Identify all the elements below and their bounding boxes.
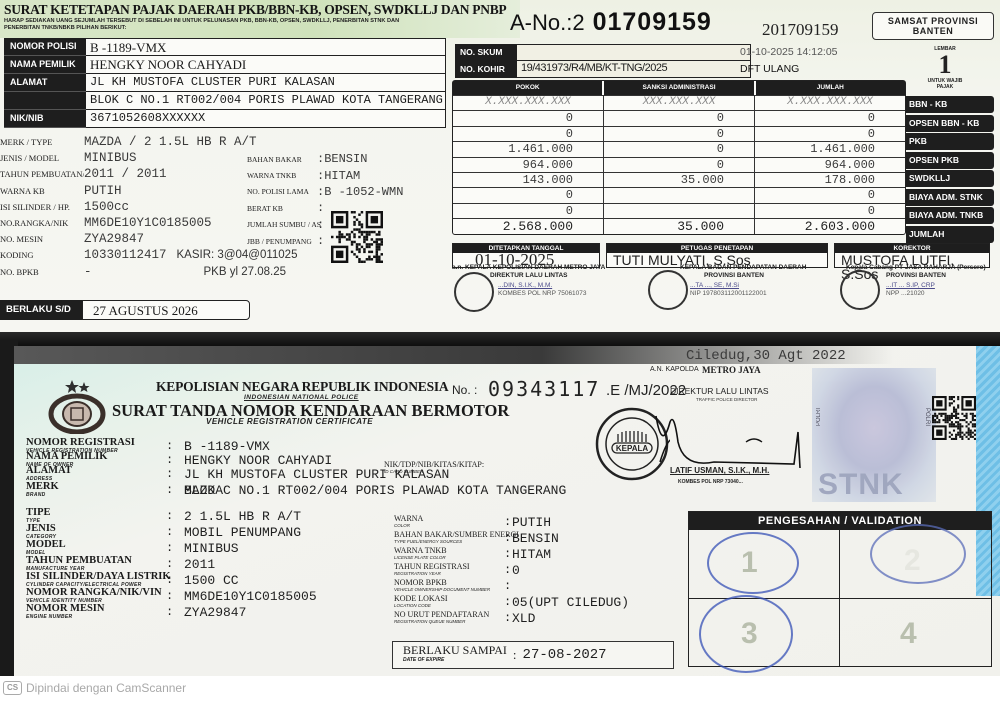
serial-printed: 201709159 <box>762 20 839 40</box>
separator: : <box>504 515 512 531</box>
field-value: ZYA29847 <box>184 605 246 621</box>
field-label-id: TIPE <box>26 509 166 517</box>
tax-row: 143.00035.000178.000 <box>453 172 905 187</box>
field-label: NOMOR BPKBVEHICLE OWNERSHIP DOCUMENT NUM… <box>394 579 504 595</box>
tax-row-label: OPSEN PKB <box>906 152 994 169</box>
spec-value: MAZDA / 2 1.5L HB R A/T <box>84 135 257 149</box>
serial-number: A-No.:201709159 <box>510 8 712 37</box>
cell-number: 4 <box>900 617 917 651</box>
tax-row: 1.461.00001.461.000 <box>453 141 905 156</box>
field-value: 3671052608XXXXXX <box>86 110 446 128</box>
spec-value: :B -1052-WMN <box>317 185 403 199</box>
spec-label: JUMLAH SUMBU / AS <box>247 220 317 229</box>
serial-value: 01709159 <box>593 8 712 36</box>
samsat-badge: SAMSAT PROVINSI BANTEN <box>872 12 994 40</box>
tax-row-label: OPSEN BBN - KB <box>906 115 994 132</box>
field-value: BENSIN <box>512 531 559 547</box>
spec-value: 1500cc <box>84 200 129 214</box>
field-label-id: NOMOR REGISTRASI <box>26 439 166 447</box>
spec-value: MINIBUS <box>84 151 137 165</box>
expiry-label: BERLAKU SAMPAI DATE OF EXPIRE <box>403 645 507 665</box>
field-label-id: MODEL <box>26 541 166 549</box>
field-label-id: NOMOR BPKB <box>394 579 504 586</box>
certificate-title-en: VEHICLE REGISTRATION CERTIFICATE <box>206 417 373 426</box>
tax-table-header: POKOK SANKSI ADMINISTRASI JUMLAH <box>453 81 905 95</box>
official-bapenda: KEPALA BADAN PENDAPATAN DAERAH PROVINSI … <box>680 264 806 298</box>
spec-label: TAHUN PEMBUATAN/PERAKITAN <box>0 169 84 179</box>
spec-value: 10330112417 <box>84 248 167 262</box>
validation-cell-4: 4 <box>840 599 991 668</box>
tax-row: 00 <box>453 203 905 218</box>
field-value: BLOK C NO.1 RT002/004 PORIS PLAWAD KOTA … <box>184 483 566 499</box>
official-police: a.n. KEPALA KEPOLISIAN DAERAH METRO JAYA… <box>452 264 605 298</box>
tax-cell-sanksi: 35.000 <box>604 173 755 187</box>
separator: : <box>166 541 184 557</box>
field-label-en: REGISTRATION YEAR <box>394 570 504 577</box>
tax-cell-jumlah: 0 <box>755 204 905 218</box>
separator: : <box>166 483 184 499</box>
tax-row-label: BIAYA ADM. STNK <box>906 189 994 206</box>
tax-row-label: BBN - KB <box>906 96 994 113</box>
field-label-id: TAHUN REGISTRASI <box>394 563 504 570</box>
registration-field-right: TAHUN REGISTRASIREGISTRATION YEAR:0 <box>394 563 520 579</box>
separator: : <box>504 611 512 627</box>
field-label: WARNA TNKBLICENSE PLATE COLOR <box>394 547 504 563</box>
kapolda-metro: METRO JAYA <box>702 366 761 374</box>
spec-label: WARNA TNKB <box>247 171 317 180</box>
copy-for: UNTUK WAJIB PAJAK <box>920 78 970 90</box>
field-value: 05(UPT CILEDUG) <box>512 595 629 611</box>
spec-row: NO. BPKB-PKB yl 27.08.25 <box>0 264 330 280</box>
field-label-id: NOMOR MESIN <box>26 605 166 613</box>
field-label: NIK/NIB <box>4 110 86 128</box>
serial-label: A-No.:2 <box>510 10 585 35</box>
official-jasa-raharja: Kepala Cabang PT JASA RAHARJA (Persero) … <box>846 264 986 298</box>
tax-cell-pokok: 0 <box>453 204 604 218</box>
tax-row-total: 2.568.00035.0002.603.000 <box>453 218 905 233</box>
polri-emblem-icon <box>46 376 108 434</box>
spec-value: ZYA29847 <box>84 232 144 246</box>
spec-label: NO.RANGKA/NIK <box>0 218 84 228</box>
cell-number: 1 <box>741 546 758 580</box>
field-value: 2 1.5L HB R A/T <box>184 509 301 525</box>
separator: : <box>504 595 512 611</box>
copy-number: 1 <box>920 52 970 78</box>
separator: : <box>504 547 512 563</box>
spec-value: MM6DE10Y1C0185005 <box>84 216 212 230</box>
separator: : <box>504 579 512 595</box>
field-label-id: NOMOR RANGKA/NIK/VIN <box>26 589 166 597</box>
qr-code-icon <box>932 396 976 440</box>
spec-label: NO. MESIN <box>0 234 84 244</box>
official-title: KEPALA BADAN PENDAPATAN DAERAH <box>680 264 806 272</box>
field-skum: NO. SKUM <box>455 44 751 61</box>
spec-value: 2011 / 2011 <box>84 167 167 181</box>
field-label-en: REGISTRATION QUEUE NUMBER <box>394 618 504 625</box>
tax-cell-jumlah: 0 <box>755 111 905 125</box>
official-name: ...TA ..., SE, M.Si <box>680 282 806 290</box>
official-name: ...DIN, S.I.K., M.M. <box>452 282 605 290</box>
tax-cell-jumlah: 0 <box>755 127 905 141</box>
valid-until-value: 27 AGUSTUS 2026 <box>82 300 250 320</box>
tax-row-labels: BBN - KBOPSEN BBN - KBPKBOPSEN PKBSWDKLL… <box>906 96 994 244</box>
field-label: BAHAN BAKAR/SUMBER ENERGITYPE FUEL/ENERG… <box>394 531 504 547</box>
spec-value: - <box>84 265 92 279</box>
spec-label: BAHAN BAKAR <box>247 155 317 164</box>
hologram-word: STNK <box>818 468 904 502</box>
spec-label: NO. POLISI LAMA <box>247 187 317 196</box>
registration-field: JENISCATEGORY:MOBIL PENUMPANG <box>26 525 301 541</box>
tax-table: POKOK SANKSI ADMINISTRASI JUMLAH X.XXX.X… <box>452 80 906 235</box>
field-label-id: WARNA <box>394 515 504 522</box>
field-label: TAHUN REGISTRASIREGISTRATION YEAR <box>394 563 504 579</box>
validation-cell-3: 3 <box>689 599 840 668</box>
skum-kohir: NO. SKUM NO. KOHIR 19/431973/R4/MB/KT-TN… <box>455 44 751 78</box>
field-value: 1500 CC <box>184 573 239 589</box>
field-alamat-2: BLOK C NO.1 RT002/004 PORIS PLAWAD KOTA … <box>4 92 446 110</box>
kohir-value: 19/431973/R4/MB/KT-TNG/2025 <box>517 61 751 78</box>
document-subtitle: Harap sediakan uang sejumlah tersebut di… <box>4 18 434 32</box>
spec-label: NO. BPKB <box>0 267 84 277</box>
field-label-en: BRAND <box>26 491 166 499</box>
field-nik: NIK/NIB 3671052608XXXXXX <box>4 110 446 128</box>
field-label-id: NAMA PEMILIK <box>26 453 166 461</box>
tax-row: 00 <box>453 187 905 202</box>
valid-until: BERLAKU S/D 27 AGUSTUS 2026 <box>0 300 250 320</box>
spec-row: BAHAN BAKAR:BENSIN <box>247 151 447 167</box>
registration-field-right: WARNACOLOR:PUTIH <box>394 515 551 531</box>
separator: : <box>166 525 184 541</box>
field-label-id: ISI SILINDER/DAYA LISTRIK <box>26 573 166 581</box>
tax-cell-jumlah: 0 <box>755 188 905 202</box>
spec-value: : <box>317 218 324 232</box>
spec-value: : <box>317 201 324 215</box>
field-value: HITAM <box>512 547 551 563</box>
official-id: KOMBES POL NRP 75061073 <box>452 290 605 298</box>
col-sanksi: SANKSI ADMINISTRASI <box>604 81 755 95</box>
stamp-datetime: 01-10-2025 14:12:05 <box>740 44 865 61</box>
tax-cell-pokok: 0 <box>453 127 604 141</box>
separator: : <box>504 531 512 547</box>
spec-value: : <box>317 234 324 248</box>
scanner-watermark: Dipindai dengan CamScanner <box>26 681 186 695</box>
tax-cell-jumlah: 964.000 <box>755 158 905 172</box>
tax-row-label-total: JUMLAH <box>906 226 994 243</box>
spec-row: WARNA TNKB:HITAM <box>247 167 447 183</box>
cell-number: 3 <box>741 617 758 651</box>
separator: : <box>504 563 512 579</box>
field-value: 2011 <box>184 557 215 573</box>
official-title: PROVINSI BANTEN <box>680 272 806 280</box>
field-value: B -1189-VMX <box>86 38 446 56</box>
validation-grid: 1 2 3 4 <box>689 530 991 667</box>
registration-field-cont: BLOK C NO.1 RT002/004 PORIS PLAWAD KOTA … <box>184 483 566 499</box>
field-value: JL KH MUSTOFA CLUSTER PURI KALASAN <box>184 467 449 483</box>
tax-cell-pokok: 964.000 <box>453 158 604 172</box>
validation-box: PENGESAHAN / VALIDATION 1 2 3 4 <box>688 511 992 667</box>
spec-row: KODING10330112417KASIR: 3@04@011025 <box>0 247 330 263</box>
spec-label: WARNA KB <box>0 186 84 196</box>
field-label: WARNACOLOR <box>394 515 504 531</box>
field-label-id: ALAMAT <box>26 467 166 475</box>
field-label-empty <box>4 92 86 110</box>
field-kohir: NO. KOHIR 19/431973/R4/MB/KT-TNG/2025 <box>455 61 751 78</box>
registration-field-right: KODE LOKASILOCATION CODE:05(UPT CILEDUG) <box>394 595 629 611</box>
tax-cell-sanksi: 0 <box>604 158 755 172</box>
field-label-en: LOCATION CODE <box>394 602 504 609</box>
scan-divider <box>0 332 1000 346</box>
skum-label: NO. SKUM <box>455 44 517 61</box>
cert-no-label: No. : <box>452 383 477 397</box>
field-value: MM6DE10Y1C0185005 <box>184 589 317 605</box>
stamp-status: DFT ULANG <box>740 61 865 78</box>
spec-extra: KASIR: 3@04@011025 <box>177 249 298 261</box>
cell-number: 2 <box>904 544 921 578</box>
tax-total-sanksi: 35.000 <box>604 219 755 233</box>
spec-label: BERAT KB <box>247 204 317 213</box>
field-label-en: VEHICLE OWNERSHIP DOCUMENT NUMBER <box>394 586 504 593</box>
hologram-text: POLRI <box>816 408 822 426</box>
copy-indicator: LEMBAR 1 UNTUK WAJIB PAJAK <box>920 46 970 90</box>
field-label: NAMA PEMILIK <box>4 56 86 74</box>
official-title: a.n. KEPALA KEPOLISIAN DAERAH METRO JAYA <box>452 264 605 272</box>
official-title: Kepala Cabang PT JASA RAHARJA (Persero) <box>846 264 986 272</box>
registration-field-right: NO URUT PENDAFTARANREGISTRATION QUEUE NU… <box>394 611 535 627</box>
field-label-id: TAHUN PEMBUATAN <box>26 557 166 565</box>
expiry-date: BERLAKU SAMPAI DATE OF EXPIRE : 27-08-20… <box>392 641 674 669</box>
field-value: PUTIH <box>512 515 551 531</box>
document-title: SURAT KETETAPAN PAJAK DAERAH PKB/BBN-KB,… <box>4 2 506 18</box>
spec-label: MERK / TYPE <box>0 137 84 147</box>
validation-cell-2: 2 <box>840 530 991 599</box>
cert-number: 09343117 <box>488 377 600 401</box>
separator: : <box>166 589 184 605</box>
stnk-hologram: POLRI POLRI STNK <box>812 368 936 502</box>
separator: : <box>166 573 184 589</box>
registration-field: ALAMATADDRESS:JL KH MUSTOFA CLUSTER PURI… <box>26 467 449 483</box>
tax-cell-sanksi <box>604 204 755 218</box>
field-value: BLOK C NO.1 RT002/004 PORIS PLAWAD KOTA … <box>86 92 446 110</box>
spec-value: :HITAM <box>317 169 360 183</box>
tax-row-label: BIAYA ADM. TNKB <box>906 207 994 224</box>
registration-field-right: NOMOR BPKBVEHICLE OWNERSHIP DOCUMENT NUM… <box>394 579 512 595</box>
hologram-text: POLRI <box>924 408 930 426</box>
tax-row: 000 <box>453 126 905 141</box>
tax-assessment-document: SURAT KETETAPAN PAJAK DAERAH PKB/BBN-KB,… <box>0 0 1000 338</box>
pkb-note: PKB yl 27.08.25 <box>204 266 286 278</box>
separator: : <box>166 467 184 483</box>
kohir-label: NO. KOHIR <box>455 61 517 78</box>
director-title-en: TRAFFIC POLICE DIRECTOR <box>696 397 757 402</box>
official-title: DIREKTUR LALU LINTAS <box>452 272 605 280</box>
field-label: NO URUT PENDAFTARANREGISTRATION QUEUE NU… <box>394 611 504 627</box>
field-value: MAZDA <box>184 483 223 499</box>
registration-field: MERKBRAND:MAZDA <box>26 483 223 499</box>
officials-signatures: a.n. KEPALA KEPOLISIAN DAERAH METRO JAYA… <box>450 264 995 314</box>
valid-until-label: BERLAKU S/D <box>0 300 82 320</box>
field-label: NOMOR POLISI <box>4 38 86 56</box>
field-label-en: LICENSE PLATE COLOR <box>394 554 504 561</box>
camscanner-logo-icon: CS <box>3 681 22 695</box>
official-id: NPP ...21020 <box>846 290 986 298</box>
tax-cell: X.XXX.XXX.XXX <box>755 96 905 110</box>
field-label: MERKBRAND <box>26 483 166 499</box>
org-name: KEPOLISIAN NEGARA REPUBLIK INDONESIA <box>156 379 448 395</box>
tax-cell-jumlah: 1.461.000 <box>755 142 905 156</box>
tax-cell-pokok: 0 <box>453 111 604 125</box>
field-value: HENGKY NOOR CAHYADI <box>86 56 446 74</box>
kapolda-block: A.N. KAPOLDA METRO JAYA <box>650 366 699 374</box>
spec-row: MERK / TYPEMAZDA / 2 1.5L HB R A/T <box>0 134 330 150</box>
org-name-en: INDONESIAN NATIONAL POLICE <box>244 394 359 401</box>
field-value: MOBIL PENUMPANG <box>184 525 301 541</box>
registration-field: NOMOR MESINENGINE NUMBER:ZYA29847 <box>26 605 246 621</box>
tax-cell-sanksi: 0 <box>604 142 755 156</box>
tax-row-label: PKB <box>906 133 994 150</box>
tax-row-label: SWDKLLJ <box>906 170 994 187</box>
spec-row: NO. POLISI LAMA:B -1052-WMN <box>247 184 447 200</box>
tax-cell: XXX.XXX.XXX <box>604 96 755 110</box>
official-title: PROVINSI BANTEN <box>846 272 986 280</box>
expiry-value: 27-08-2027 <box>523 647 607 663</box>
field-label-id: BAHAN BAKAR/SUMBER ENERGI <box>394 531 504 538</box>
registration-field-right: WARNA TNKBLICENSE PLATE COLOR:HITAM <box>394 547 551 563</box>
field-label: ALAMAT <box>4 74 86 92</box>
separator: : <box>166 509 184 525</box>
director-title: DIREKTUR LALU LINTAS <box>670 386 769 396</box>
field-nomor-polisi: NOMOR POLISI B -1189-VMX <box>4 38 446 56</box>
qr-code-icon <box>331 211 383 263</box>
spec-value: :BENSIN <box>317 152 367 166</box>
field-value: MINIBUS <box>184 541 239 557</box>
tax-total-jumlah: 2.603.000 <box>755 219 905 233</box>
field-alamat: ALAMAT JL KH MUSTOFA CLUSTER PURI KALASA… <box>4 74 446 92</box>
field-label-en: COLOR <box>394 522 504 529</box>
scanner-footer: CS Dipindai dengan CamScanner <box>0 676 1000 701</box>
separator: : <box>166 605 184 621</box>
col-pokok: POKOK <box>453 81 604 95</box>
field-nama-pemilik: NAMA PEMILIK HENGKY NOOR CAHYADI <box>4 56 446 74</box>
spec-label: JBB / PENUMPANG <box>247 237 317 246</box>
field-label-id: NO URUT PENDAFTARAN <box>394 611 504 618</box>
separator: : <box>513 647 517 663</box>
field-label-en: TYPE FUEL/ENERGY SOURCES <box>394 538 504 545</box>
tax-total-pokok: 2.568.000 <box>453 219 604 233</box>
spec-value: PUTIH <box>84 184 122 198</box>
registration-field-right: BAHAN BAKAR/SUMBER ENERGITYPE FUEL/ENERG… <box>394 531 559 547</box>
tax-cell-pokok: 143.000 <box>453 173 604 187</box>
field-label-id: MERK <box>26 483 166 491</box>
tax-cell-sanksi <box>604 188 755 202</box>
registration-field: TIPETYPE:2 1.5L HB R A/T <box>26 509 301 525</box>
kapolda-an: A.N. KAPOLDA <box>650 366 699 373</box>
field-value: XLD <box>512 611 535 627</box>
spec-label: ISI SILINDER / HP. <box>0 202 84 212</box>
issue-place-date: Ciledug,30 Agt 2022 <box>686 348 846 364</box>
registration-fields: NIK/TDP/NIB/KITAS/KITAP: ID CARD NUMBER … <box>26 439 706 639</box>
official-id: NIP 197803112001122001 <box>680 290 806 298</box>
validation-title: PENGESAHAN / VALIDATION <box>689 512 991 530</box>
field-value: JL KH MUSTOFA CLUSTER PURI KALASAN <box>86 74 446 92</box>
field-label: NOMOR MESINENGINE NUMBER <box>26 605 166 621</box>
spec-label: KODING <box>0 250 84 260</box>
tax-cell-pokok: 1.461.000 <box>453 142 604 156</box>
tax-cell-sanksi: 0 <box>604 127 755 141</box>
field-label: KODE LOKASILOCATION CODE <box>394 595 504 611</box>
tax-row: 000 <box>453 110 905 125</box>
field-label-id: WARNA TNKB <box>394 547 504 554</box>
field-label-id: KODE LOKASI <box>394 595 504 602</box>
skum-value <box>517 44 751 61</box>
tax-cell: X.XXX.XXX.XXX <box>453 96 604 110</box>
vehicle-registration-certificate: Ciledug,30 Agt 2022 KEPOLISIAN NEGARA RE… <box>14 346 1000 676</box>
field-value: 0 <box>512 563 520 579</box>
tax-cell-pokok: 0 <box>453 188 604 202</box>
tax-cell-jumlah: 178.000 <box>755 173 905 187</box>
field-label-id: JENIS <box>26 525 166 533</box>
tax-row-mask: X.XXX.XXX.XXXXXX.XXX.XXXX.XXX.XXX.XXX <box>453 95 905 110</box>
official-name: ...IT ... S.IP, CRP <box>846 282 986 290</box>
tax-row: 964.0000964.000 <box>453 157 905 172</box>
spec-label: JENIS / MODEL <box>0 153 84 163</box>
owner-identity: NOMOR POLISI B -1189-VMX NAMA PEMILIK HE… <box>4 38 446 128</box>
validation-cell-1: 1 <box>689 530 840 599</box>
processing-stamp: 01-10-2025 14:12:05 DFT ULANG <box>740 44 865 78</box>
col-jumlah: JUMLAH <box>756 81 905 95</box>
tax-cell-sanksi: 0 <box>604 111 755 125</box>
field-label-en: ENGINE NUMBER <box>26 613 166 621</box>
